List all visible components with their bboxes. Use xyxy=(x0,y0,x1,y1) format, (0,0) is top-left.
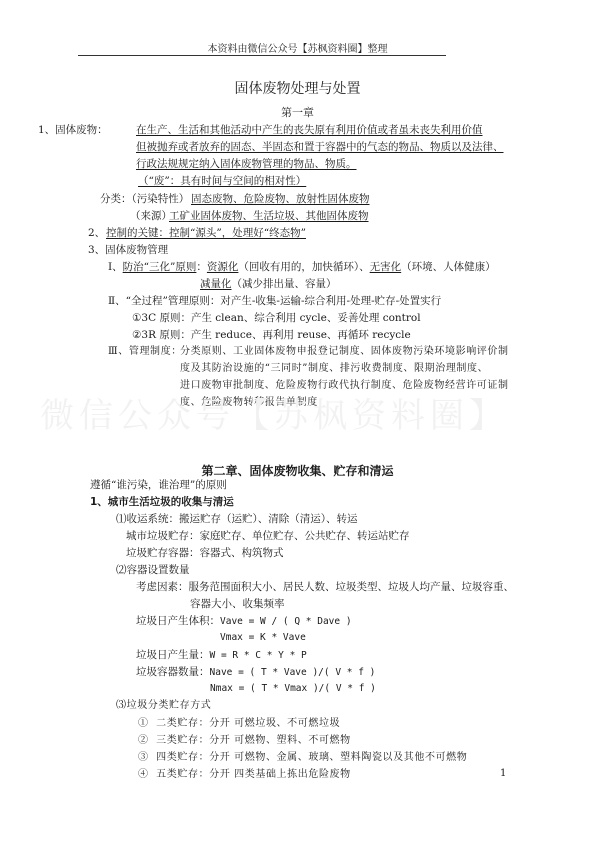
document-title: 固体废物处理与处置 xyxy=(0,78,595,98)
sub1-row: Ⅰ、防治“三化”原则：资源化（回收有用的，加快循环）、无害化（环境、人体健康） xyxy=(108,260,496,274)
item2-text: 控制的关键：控制“源头”，处理好“终态物” xyxy=(106,226,306,240)
s1-collection-system: ⑴收运系统：搬运贮存（运贮）、清除（清运）、转运 xyxy=(116,512,358,526)
sorted-storage-item: ④ 五类贮存：分开 四类基础上拣出危险废物 xyxy=(138,768,351,782)
sub1-row2: 减量化（减少排出量、容量） xyxy=(200,277,337,291)
sub1-label: Ⅰ、 xyxy=(108,261,123,273)
daily-amount-formula: W = R * C * Y * P xyxy=(210,650,307,661)
classification-pollution: 固态废物、危险废物、放射性固体废物 xyxy=(191,192,370,206)
item1-def-line3: 行政法规规定纳入固体废物管理的物品、物质。 xyxy=(136,157,357,171)
item1-def-line1: 在生产、生活和其他活动中产生的丧失原有利用价值或者虽未丧失利用价值 xyxy=(136,123,483,137)
vmax-formula: Vmax = K * Vave xyxy=(220,631,306,645)
daily-volume-row: 垃圾日产生体积：Vave = W / ( Q * Dave ) xyxy=(136,614,352,629)
nmax-formula: Nmax = ( T * Vmax )/( V * f ) xyxy=(210,682,376,696)
resource-recovery-note: （回收有用的，加快循环）、 xyxy=(238,261,369,273)
item-number: ② xyxy=(138,735,149,746)
harmless-treatment: 无害化 xyxy=(370,261,402,273)
s2-factors-line2: 容器大小、收集频率 xyxy=(190,597,285,611)
item1-note: （“废”：具有时间与空间的相对性） xyxy=(138,174,306,188)
chapter1-heading: 第一章 xyxy=(0,104,595,120)
item2-label: 2、 xyxy=(88,226,105,240)
sorted-storage-item: ② 三类贮存：分开 可燃物、塑料、不可燃物 xyxy=(138,734,351,748)
item-text: 四类贮存：分开 可燃物、金属、玻璃、塑料陶瓷以及其他不可燃物 xyxy=(156,752,467,763)
item1-label: 1、固体废物： xyxy=(38,123,108,137)
item-number: ③ xyxy=(138,752,149,763)
page-number: 1 xyxy=(500,768,506,779)
s1-storage-containers: 垃圾贮存容器：容器式、构筑物式 xyxy=(126,546,284,560)
harmless-treatment-note: （环境、人体健康） xyxy=(401,261,496,273)
reduction: 减量化 xyxy=(200,278,232,290)
sub2-text: Ⅱ、“全过程”管理原则：对产生-收集-运输-综合利用-处理-贮存-处置实行 xyxy=(108,294,441,308)
reduction-note: （减少排出量、容量） xyxy=(232,278,337,290)
section1-heading: 1、城市生活垃圾的收集与清运 xyxy=(90,495,234,509)
page-header-note: 本资料由微信公众号【苏枫资料圈】整理 xyxy=(0,40,595,55)
item-text: 二类贮存：分开 可燃垃圾、不可燃垃圾 xyxy=(156,718,340,729)
sub1-colon: ： xyxy=(196,261,207,273)
item-text: 三类贮存：分开 可燃物、塑料、不可燃物 xyxy=(156,735,351,746)
classification-label: 分类：（污染特性） xyxy=(100,192,189,206)
s2-factors-line1: 考虑因素：服务范围面积大小、居民人数、垃圾类型、垃圾人均产量、垃圾容重、 xyxy=(136,580,514,594)
daily-volume-label: 垃圾日产生体积： xyxy=(136,615,220,627)
header-rule xyxy=(78,55,446,56)
classification-source: 工矿业固体废物、生活垃圾、其他固体废物 xyxy=(169,209,369,223)
item-number: ④ xyxy=(138,769,149,780)
container-number-row: 垃圾容器数量：Nave = ( T * Vave )/( V * f ) xyxy=(136,665,375,680)
s2-container-count: ⑵容器设置数量 xyxy=(116,563,190,577)
item3-label: 3、固体废物管理 xyxy=(88,243,168,257)
sorted-storage-item: ③ 四类贮存：分开 可燃物、金属、玻璃、塑料陶瓷以及其他不可燃物 xyxy=(138,751,467,765)
item-text: 五类贮存：分开 四类基础上拣出危险废物 xyxy=(156,769,351,780)
item-number: ① xyxy=(138,718,149,729)
sub3-label: Ⅲ、管理制度： xyxy=(108,345,182,359)
daily-amount-row: 垃圾日产生量：W = R * C * Y * P xyxy=(136,648,307,663)
sub2-3c-principle: ①3C 原则：产生 clean、综合利用 cycle、妥善处理 control xyxy=(132,311,421,325)
sorted-storage-item: ① 二类贮存：分开 可燃垃圾、不可燃垃圾 xyxy=(138,717,340,731)
sub3-line1: 分类原则、工业固体废物申报登记制度、固体废物污染环境影响评价制 xyxy=(180,345,509,359)
resource-recovery: 资源化 xyxy=(207,261,239,273)
s3-sorted-storage: ⑶垃圾分类贮存方式 xyxy=(116,699,211,713)
nave-formula: Nave = ( T * Vave )/( V * f ) xyxy=(210,667,376,678)
sub3-line2: 度及其防治设施的“三同时”制度、排污收费制度、限期治理制度、 xyxy=(180,362,488,376)
s1-storage-types: 城市垃圾贮存：家庭贮存、单位贮存、公共贮存、转运站贮存 xyxy=(126,529,410,543)
container-number-label: 垃圾容器数量： xyxy=(136,666,210,678)
daily-volume-formula: Vave = W / ( Q * Dave ) xyxy=(220,616,352,627)
sub2-3r-principle: ②3R 原则：产生 reduce、再利用 reuse、再循环 recycle xyxy=(132,328,411,342)
classification-source-label: （来源） xyxy=(130,209,172,223)
chapter2-heading: 第二章、固体废物收集、贮存和清运 xyxy=(0,462,595,479)
watermark: 微信公众号【苏枫资料圈】 xyxy=(40,388,508,437)
daily-amount-label: 垃圾日产生量： xyxy=(136,649,210,661)
sub1-principle: 防治“三化”原则 xyxy=(123,261,197,273)
chapter2-principle: 遵循“谁污染，谁治理”的原则 xyxy=(90,478,227,492)
item1-def-line2: 但被抛弃或者放弃的固态、半固态和置于容器中的气态的物品、物质以及法律、 xyxy=(136,140,504,154)
